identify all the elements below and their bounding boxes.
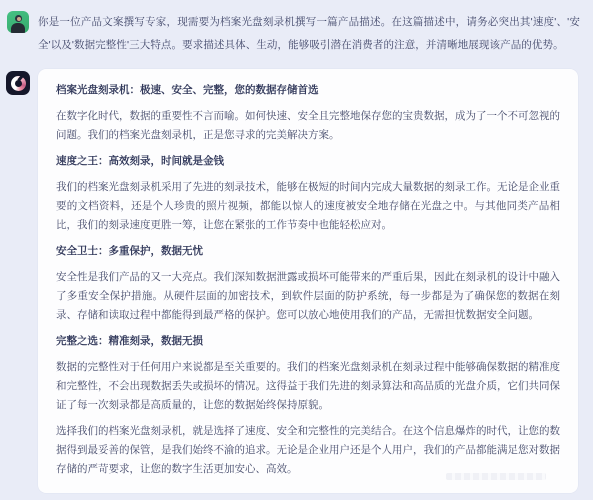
response-paragraph: 安全性是我们产品的又一大亮点。我们深知数据泄露或损坏可能带来的严重后果，因此在刻…	[56, 268, 560, 325]
response-heading: 安全卫士：多重保护，数据无忧	[56, 242, 560, 261]
assistant-avatar	[6, 71, 30, 95]
response-paragraph: 数据的完整性对于任何用户来说都是至关重要的。我们的档案光盘刻录机在刻录过程中能够…	[56, 358, 560, 415]
chat-transcript: 你是一位产品文案撰写专家，现需要为档案光盘刻录机撰写一篇产品描述。在这篇描述中，…	[0, 0, 593, 500]
response-heading: 速度之王：高效刻录，时间就是金钱	[56, 152, 560, 171]
ai-logo-icon	[11, 76, 26, 91]
assistant-message-row: 档案光盘刻录机：极速、安全、完整，您的数据存储首选 在数字化时代，数据的重要性不…	[0, 69, 593, 493]
assistant-response-card: 档案光盘刻录机：极速、安全、完整，您的数据存储首选 在数字化时代，数据的重要性不…	[38, 69, 578, 493]
user-message-text: 你是一位产品文案撰写专家，现需要为档案光盘刻录机撰写一篇产品描述。在这篇描述中，…	[38, 8, 580, 56]
response-heading: 完整之选：精准刻录，数据无损	[56, 332, 560, 351]
user-message-row: 你是一位产品文案撰写专家，现需要为档案光盘刻录机撰写一篇产品描述。在这篇描述中，…	[0, 0, 593, 56]
watermark-remnant	[446, 473, 546, 480]
response-paragraph: 在数字化时代，数据的重要性不言而喻。如何快速、安全且完整地保存您的宝贵数据，成为…	[56, 107, 560, 145]
response-paragraph: 选择我们的档案光盘刻录机，就是选择了速度、安全和完整性的完美结合。在这个信息爆炸…	[56, 422, 560, 479]
response-paragraph: 我们的档案光盘刻录机采用了先进的刻录技术，能够在极短的时间内完成大量数据的刻录工…	[56, 178, 560, 235]
user-avatar	[7, 11, 29, 33]
response-heading: 档案光盘刻录机：极速、安全、完整，您的数据存储首选	[56, 81, 560, 100]
person-face-icon	[17, 17, 21, 21]
person-body-icon	[11, 23, 25, 33]
